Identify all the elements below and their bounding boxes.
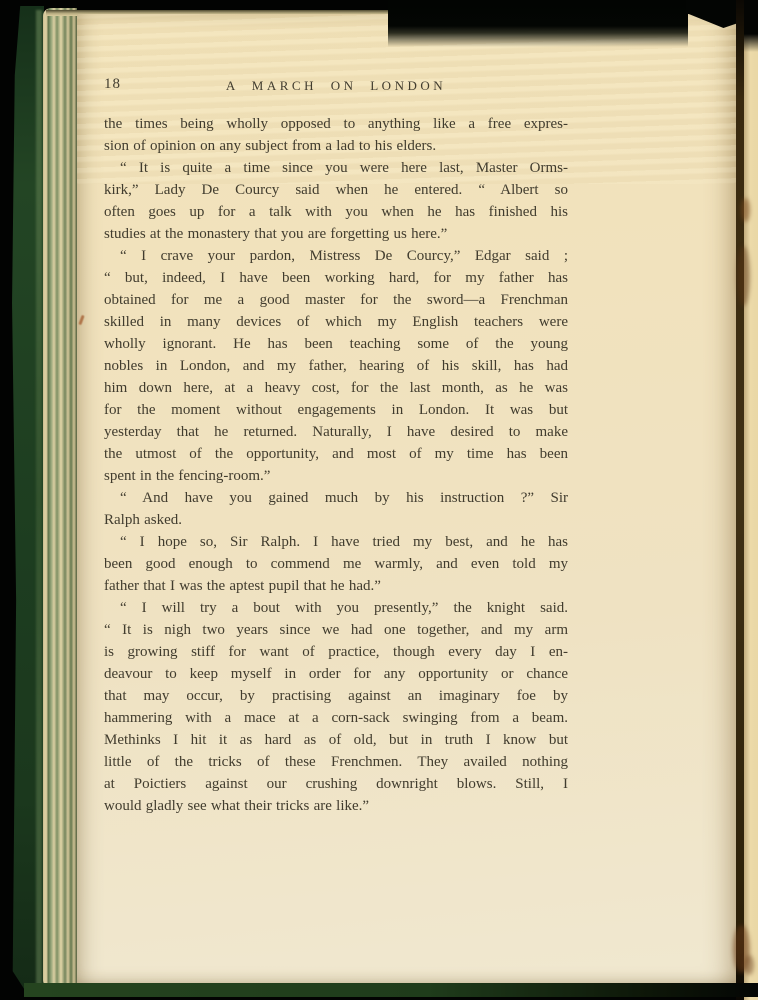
text-line: the utmost of the opportunity, and most … (104, 443, 568, 465)
text-line: little of the tricks of these Frenchmen.… (104, 751, 568, 773)
text-line: for the moment without engagements in Lo… (104, 399, 568, 421)
page-gutter-gap (736, 0, 744, 1000)
text-line: “ I hope so, Sir Ralph. I have tried my … (104, 531, 568, 553)
text-line: been good enough to commend me warmly, a… (104, 553, 568, 575)
text-line: often goes up for a talk with you when h… (104, 201, 568, 223)
text-line: nobles in London, and my father, hearing… (104, 355, 568, 377)
text-line: would gladly see what their tricks are l… (104, 795, 568, 817)
text-line: hammering with a mace at a corn-sack swi… (104, 707, 568, 729)
photo-shadow (388, 0, 688, 48)
text-line: that may occur, by practising against an… (104, 685, 568, 707)
text-line: wholly ignorant. He has been teaching so… (104, 333, 568, 355)
book-cover-highlight (36, 10, 42, 988)
book-photo: 18 A MARCH ON LONDON the times being who… (0, 0, 758, 1000)
body-text: the times being wholly opposed to anythi… (104, 113, 568, 817)
text-line: deavour to keep myself in order for any … (104, 663, 568, 685)
text-line: “ but, indeed, I have been working hard,… (104, 267, 568, 289)
book-cover-bottom (24, 983, 758, 997)
foxing-stain (744, 955, 754, 975)
text-line: Methinks I hit it as hard as of old, but… (104, 729, 568, 751)
text-line: yesterday that he returned. Naturally, I… (104, 421, 568, 443)
text-line: “ It is nigh two years since we had one … (104, 619, 568, 641)
text-line: “ I crave your pardon, Mistress De Courc… (104, 245, 568, 267)
text-line: “ And have you gained much by his instru… (104, 487, 568, 509)
text-line: “ I will try a bout with you presently,”… (104, 597, 568, 619)
text-line: spent in the fencing-room.” (104, 465, 568, 487)
text-line: “ It is quite a time since you were here… (104, 157, 568, 179)
text-line: studies at the monastery that you are fo… (104, 223, 568, 245)
text-line: Ralph asked. (104, 509, 568, 531)
running-title: A MARCH ON LONDON (104, 78, 568, 94)
page-edge-stack (43, 8, 77, 988)
text-line: the times being wholly opposed to anythi… (104, 113, 568, 135)
text-line: obtained for me a good master for the sw… (104, 289, 568, 311)
facing-page-edge (744, 0, 758, 1000)
text-line: is growing stiff for want of practice, t… (104, 641, 568, 663)
text-line: him down here, at a heavy cost, for the … (104, 377, 568, 399)
text-line: skilled in many devices of which my Engl… (104, 311, 568, 333)
text-line: father that I was the aptest pupil that … (104, 575, 568, 597)
foxing-stain (737, 246, 750, 306)
text-line: at Poictiers against our crushing downri… (104, 773, 568, 795)
text-line: kirk,” Lady De Courcy said when he enter… (104, 179, 568, 201)
facing-page-shadow (744, 0, 758, 52)
text-line: sion of opinion on any subject from a la… (104, 135, 568, 157)
foxing-stain (741, 198, 750, 222)
